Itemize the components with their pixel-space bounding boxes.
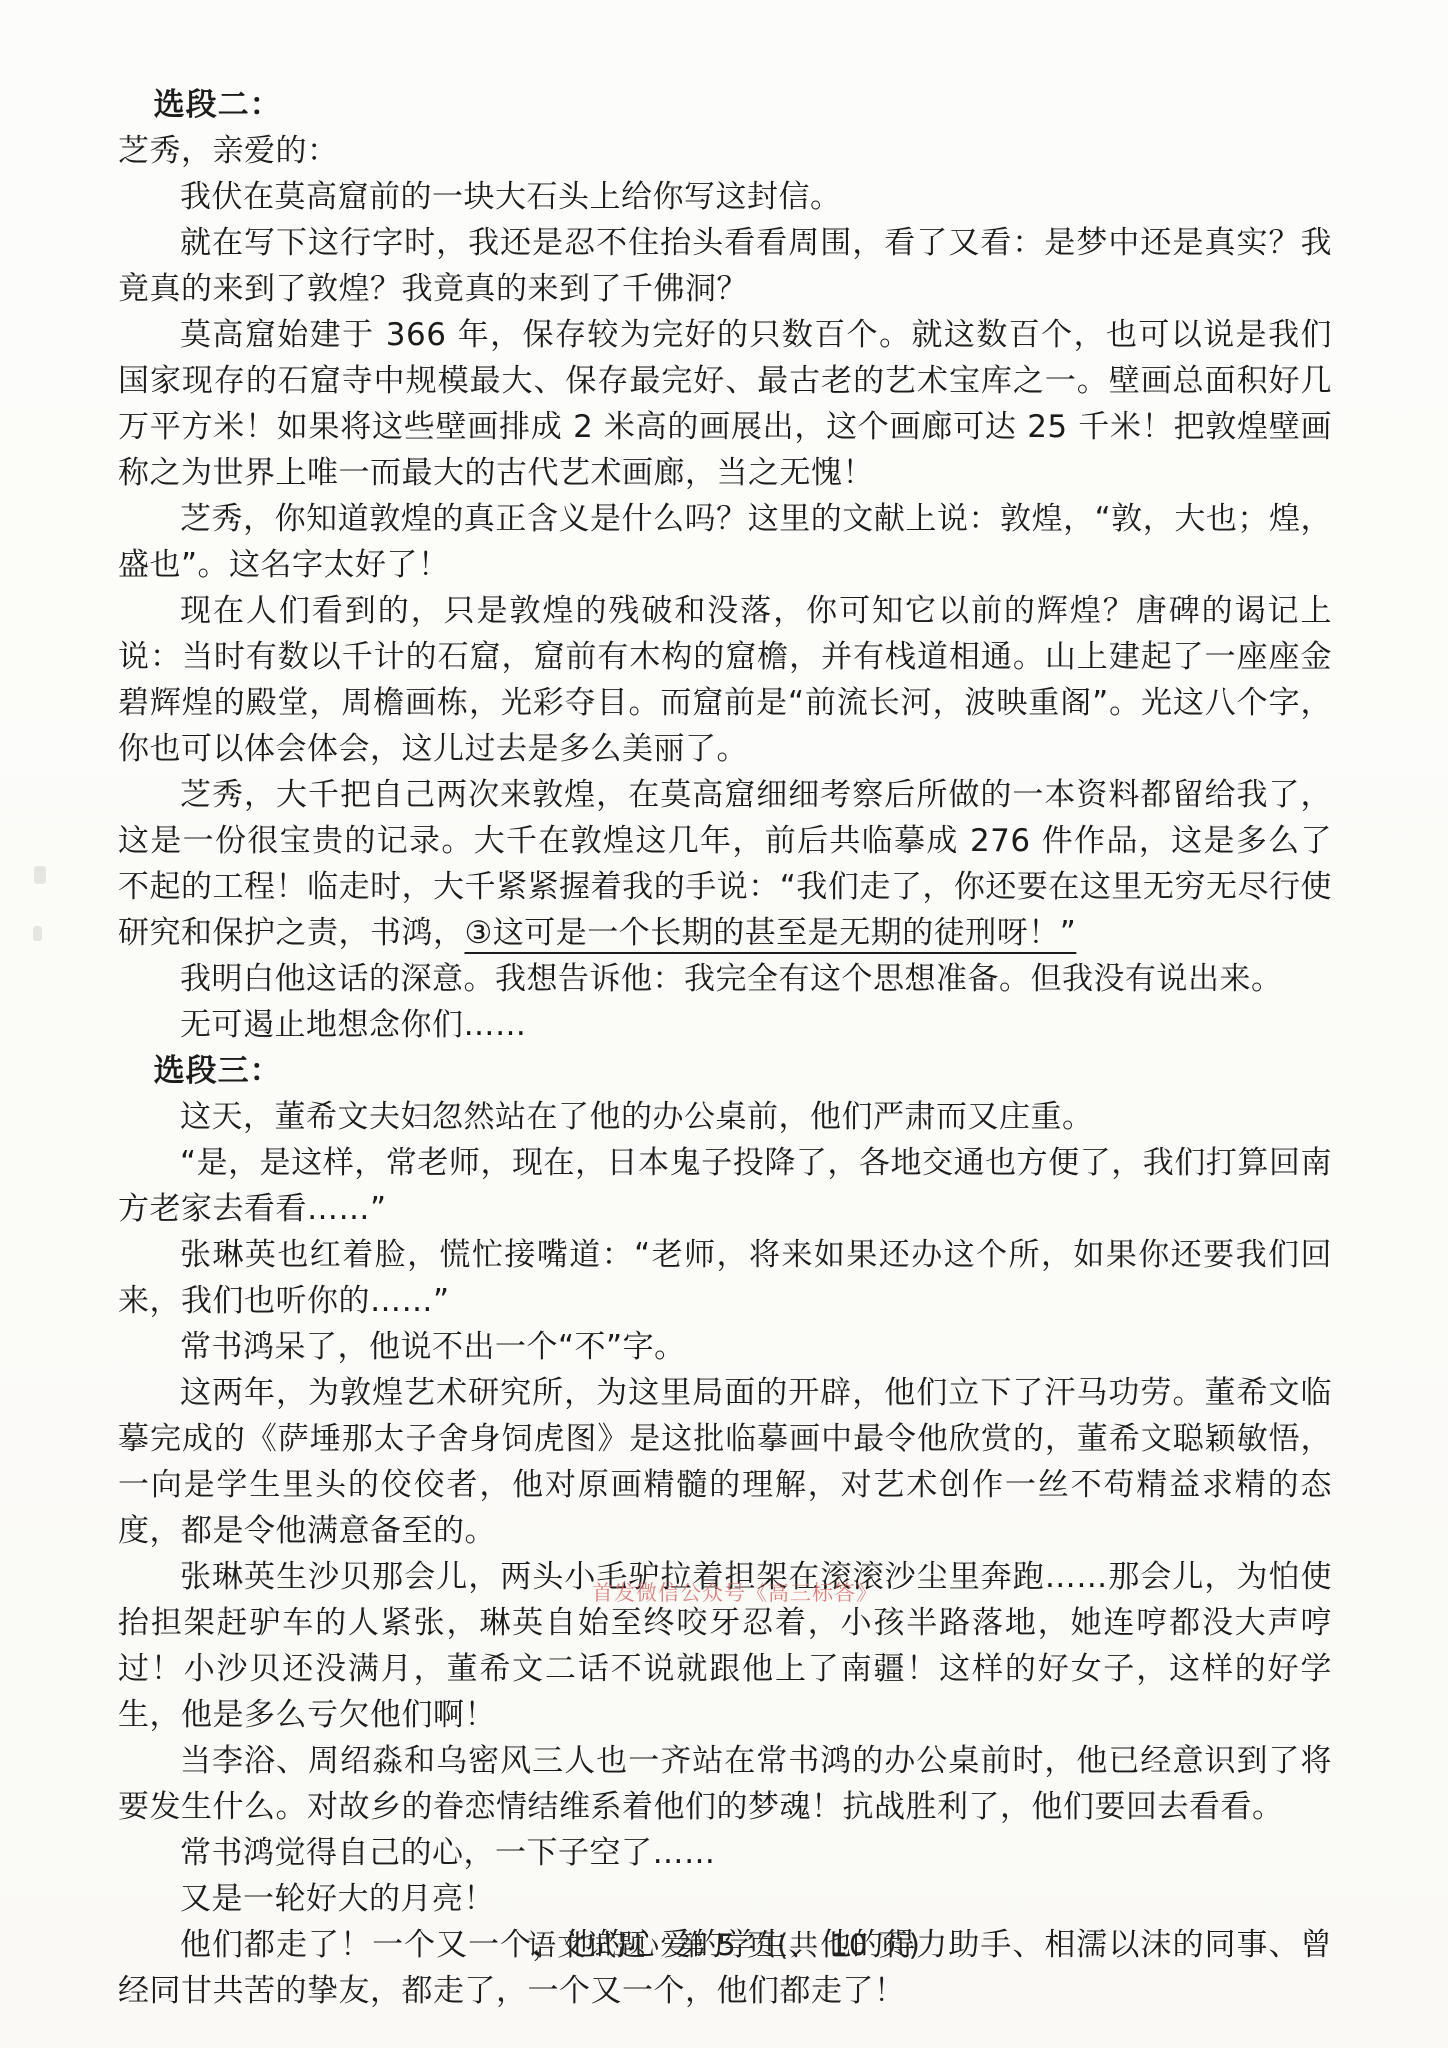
scanned-exam-page: 选段二： 芝秀，亲爱的： 我伏在莫高窟前的一块大石头上给你写这封信。 就在写下这… (0, 0, 1448, 2048)
paragraph: 这天，董希文夫妇忽然站在了他的办公桌前，他们严肃而又庄重。 (118, 1094, 1332, 1140)
section-heading-3: 选段三： (118, 1048, 1332, 1094)
paragraph: “是，是这样，常老师，现在，日本鬼子投降了，各地交通也方便了，我们打算回南方老家… (118, 1140, 1332, 1232)
underlined-sentence-3: ③这可是一个长期的甚至是无期的徒刑呀！” (465, 915, 1077, 951)
page-footer: 语文试题 第 5 页(共 10 页) (0, 1922, 1448, 1968)
paragraph: 我明白他这话的深意。我想告诉他：我完全有这个思想准备。但我没有说出来。 (118, 956, 1332, 1002)
paragraph: 无可遏止地想念你们…… (118, 1002, 1332, 1048)
paragraph: 常书鸿呆了，他说不出一个“不”字。 (118, 1324, 1332, 1370)
paragraph: 芝秀，你知道敦煌的真正含义是什么吗？这里的文献上说：敦煌，“敦，大也；煌，盛也”… (118, 496, 1332, 588)
watermark: 首发微信公众号《高三标答》 (592, 1580, 878, 1606)
paragraph: 常书鸿觉得自己的心，一下子空了…… (118, 1830, 1332, 1876)
paragraph: 又是一轮好大的月亮！ (118, 1876, 1332, 1922)
paragraph: 这两年，为敦煌艺术研究所，为这里局面的开辟，他们立下了汗马功劳。董希文临摹完成的… (118, 1370, 1332, 1554)
paragraph: 现在人们看到的，只是敦煌的残破和没落，你可知它以前的辉煌？唐碑的谒记上说：当时有… (118, 588, 1332, 772)
scan-artifact (34, 866, 46, 884)
paragraph: 我伏在莫高窟前的一块大石头上给你写这封信。 (118, 174, 1332, 220)
paragraph-with-underline: 芝秀，大千把自己两次来敦煌，在莫高窟细细考察后所做的一本资料都留给我了，这是一份… (118, 772, 1332, 956)
paragraph: 张琳英也红着脸，慌忙接嘴道：“老师，将来如果还办这个所，如果你还要我们回来，我们… (118, 1232, 1332, 1324)
salutation: 芝秀，亲爱的： (118, 128, 1332, 174)
paragraph: 莫高窟始建于 366 年，保存较为完好的只数百个。就这数百个，也可以说是我们国家… (118, 312, 1332, 496)
section-heading-2: 选段二： (118, 82, 1332, 128)
document-body: 选段二： 芝秀，亲爱的： 我伏在莫高窟前的一块大石头上给你写这封信。 就在写下这… (118, 82, 1332, 2014)
paragraph: 就在写下这行字时，我还是忍不住抬头看看周围，看了又看：是梦中还是真实？我竟真的来… (118, 220, 1332, 312)
paragraph: 当李浴、周绍淼和乌密风三人也一齐站在常书鸿的办公桌前时，他已经意识到了将要发生什… (118, 1738, 1332, 1830)
scan-artifact (33, 926, 42, 941)
